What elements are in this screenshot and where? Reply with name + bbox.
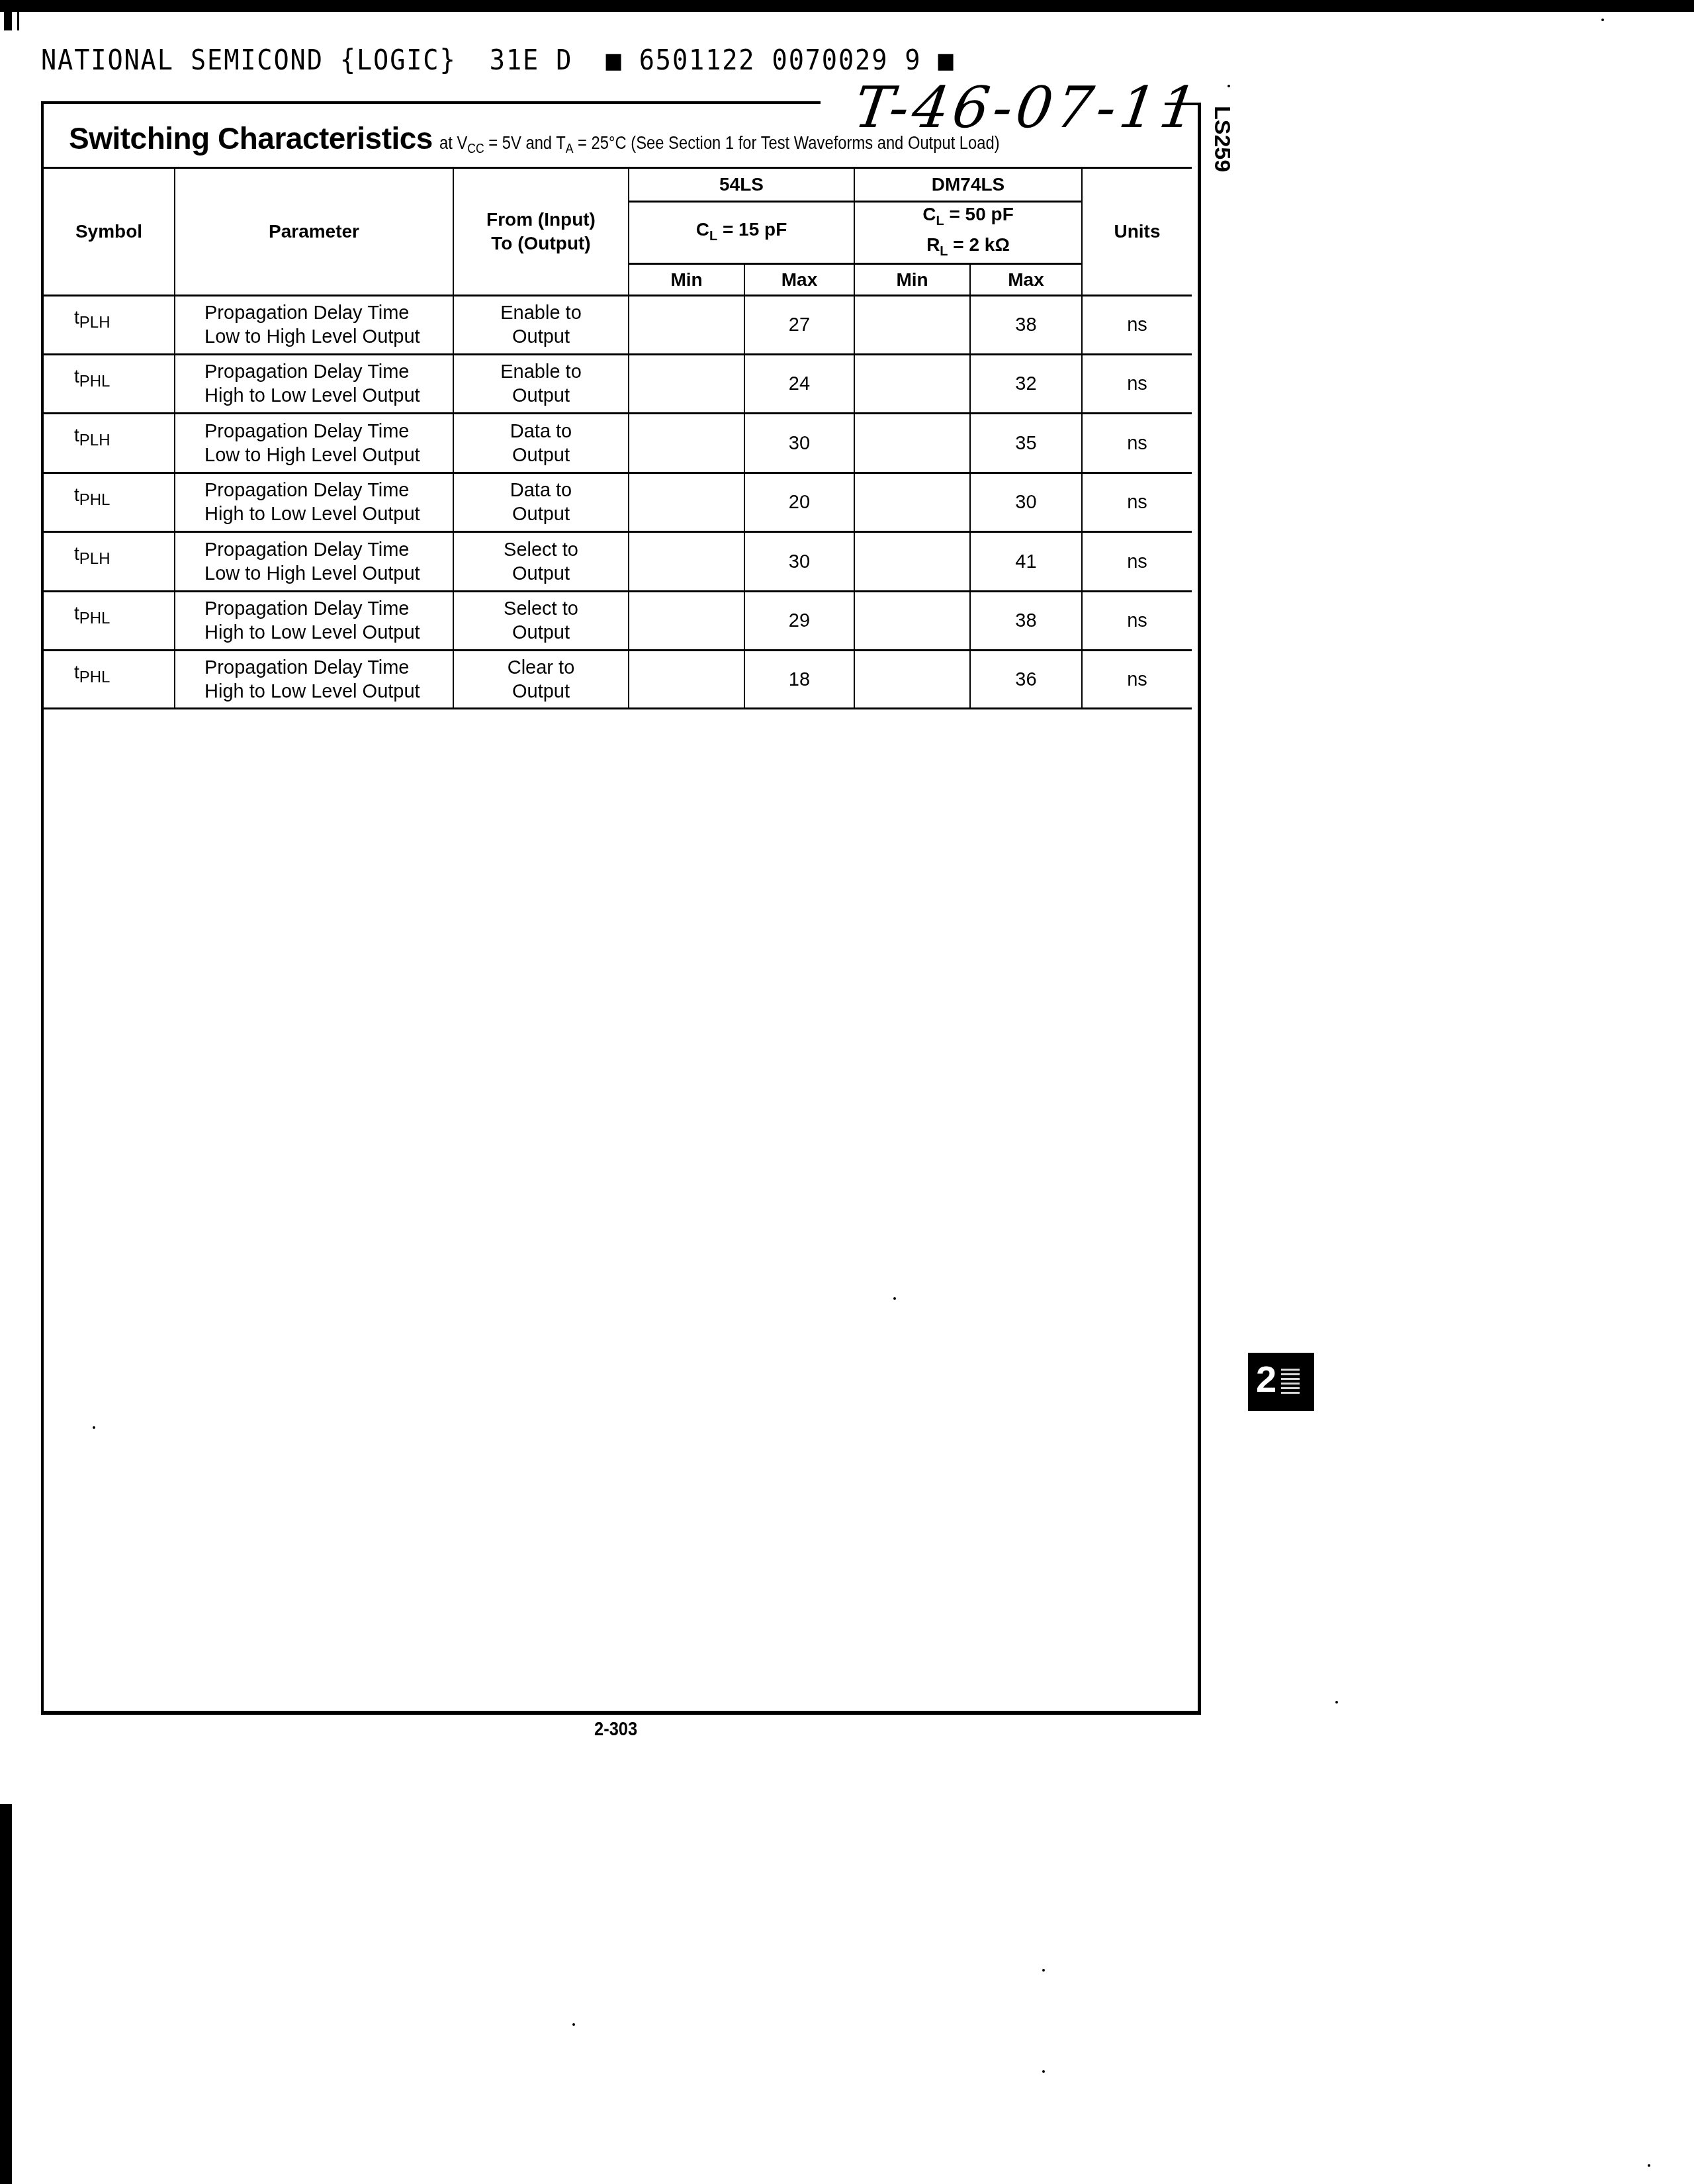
symbol-subscript: PHL (79, 373, 111, 390)
cell-from-to: Clear toOutput (453, 651, 629, 709)
side-part-label: LS259 (1208, 106, 1235, 179)
symbol-subscript: PLH (79, 550, 111, 568)
scan-speck (1601, 19, 1604, 21)
header-to: To (Output) (454, 232, 628, 255)
cell-units: ns (1082, 592, 1192, 651)
cell-parameter: Propagation Delay TimeHigh to Low Level … (175, 355, 453, 414)
from-line-2: Output (454, 443, 628, 467)
cell-dm74ls-min (854, 296, 970, 355)
parameter-line-2: High to Low Level Output (204, 384, 453, 408)
header-54ls-min: Min (629, 264, 744, 296)
cell-units: ns (1082, 414, 1192, 473)
cell-dm74ls-max: 30 (970, 473, 1082, 532)
header-units: Units (1082, 168, 1192, 296)
cond-symbol: C (696, 219, 709, 240)
cell-dm74ls-min (854, 532, 970, 592)
cell-parameter: Propagation Delay TimeLow to High Level … (175, 296, 453, 355)
symbol-t: t (74, 425, 79, 445)
cell-symbol: tPHL (44, 651, 175, 709)
cell-symbol: tPLH (44, 296, 175, 355)
header-dm74ls-min: Min (854, 264, 970, 296)
parameter-line-1: Propagation Delay Time (204, 538, 453, 562)
scan-speck (893, 1297, 896, 1300)
section-title-main: Switching Characteristics (69, 121, 433, 156)
from-line-2: Output (454, 384, 628, 408)
cond-sub: L (940, 244, 948, 258)
from-line-2: Output (454, 621, 628, 645)
cell-from-to: Data toOutput (453, 414, 629, 473)
table-body: tPLHPropagation Delay TimeLow to High Le… (44, 296, 1192, 709)
cell-from-to: Data toOutput (453, 473, 629, 532)
symbol-t: t (74, 307, 79, 328)
section-tab-number: 2 (1256, 1361, 1276, 1398)
cell-from-to: Select toOutput (453, 532, 629, 592)
parameter-line-1: Propagation Delay Time (204, 420, 453, 443)
cell-units: ns (1082, 532, 1192, 592)
cell-symbol: tPHL (44, 355, 175, 414)
parameter-line-1: Propagation Delay Time (204, 301, 453, 325)
cell-parameter: Propagation Delay TimeHigh to Low Level … (175, 473, 453, 532)
cell-54ls-max: 29 (744, 592, 854, 651)
cell-dm74ls-max: 38 (970, 592, 1082, 651)
fax-header-line: NATIONAL SEMICOND {LOGIC} 31E D ■ 650112… (41, 44, 955, 76)
cell-dm74ls-max: 35 (970, 414, 1082, 473)
symbol-subscript: PLH (79, 314, 111, 332)
cell-dm74ls-max: 36 (970, 651, 1082, 709)
from-line-2: Output (454, 502, 628, 526)
from-line-1: Select to (454, 597, 628, 621)
cell-units: ns (1082, 296, 1192, 355)
table-row: tPHLPropagation Delay TimeHigh to Low Le… (44, 592, 1192, 651)
header-group-54ls: 54LS (629, 168, 854, 202)
cond-symbol: C (922, 204, 936, 224)
cell-from-to: Enable toOutput (453, 296, 629, 355)
table-row: tPHLPropagation Delay TimeHigh to Low Le… (44, 651, 1192, 709)
frame-bottom-border (41, 1711, 1201, 1715)
scan-speck (1042, 1969, 1045, 1972)
page-number: 2-303 (594, 1718, 637, 1741)
table-row: tPLHPropagation Delay TimeLow to High Le… (44, 532, 1192, 592)
symbol-subscript: PHL (79, 668, 111, 686)
cell-dm74ls-min (854, 651, 970, 709)
symbol-t: t (74, 603, 79, 623)
scan-top-border (0, 0, 1694, 12)
cell-units: ns (1082, 473, 1192, 532)
cell-54ls-min (629, 592, 744, 651)
symbol-t: t (74, 366, 79, 387)
from-line-1: Enable to (454, 360, 628, 384)
cell-parameter: Propagation Delay TimeLow to High Level … (175, 532, 453, 592)
cell-dm74ls-max: 38 (970, 296, 1082, 355)
from-line-1: Clear to (454, 656, 628, 680)
cell-54ls-min (629, 414, 744, 473)
header-dm74ls-max: Max (970, 264, 1082, 296)
cond-value: = 15 pF (717, 219, 787, 240)
cell-units: ns (1082, 355, 1192, 414)
header-symbol: Symbol (44, 168, 175, 296)
cell-parameter: Propagation Delay TimeHigh to Low Level … (175, 592, 453, 651)
scan-corner-mark (4, 12, 12, 30)
switching-characteristics-table: Symbol Parameter From (Input) To (Output… (44, 167, 1192, 709)
cell-symbol: tPLH (44, 414, 175, 473)
cell-54ls-min (629, 532, 744, 592)
cond-text: = 25°C (See Section 1 for Test Waveforms… (574, 133, 1000, 153)
parameter-line-1: Propagation Delay Time (204, 597, 453, 621)
side-part-label-text: LS259 (1209, 106, 1235, 172)
cond-sub: L (936, 214, 944, 228)
parameter-line-2: Low to High Level Output (204, 443, 453, 467)
cond-line-rl: RL = 2 kΩ (855, 233, 1081, 263)
from-line-1: Enable to (454, 301, 628, 325)
cell-from-to: Enable toOutput (453, 355, 629, 414)
cell-54ls-max: 18 (744, 651, 854, 709)
cell-units: ns (1082, 651, 1192, 709)
from-line-2: Output (454, 325, 628, 349)
scan-speck (572, 2023, 575, 2026)
cell-54ls-max: 20 (744, 473, 854, 532)
cell-54ls-min (629, 296, 744, 355)
scan-speck (93, 1426, 95, 1429)
header-from: From (Input) (454, 208, 628, 232)
frame-right-border (1198, 103, 1201, 1714)
cond-sub: A (566, 142, 574, 156)
cell-dm74ls-min (854, 592, 970, 651)
from-line-2: Output (454, 680, 628, 704)
table-row: tPHLPropagation Delay TimeHigh to Low Le… (44, 355, 1192, 414)
header-54ls-max: Max (744, 264, 854, 296)
cell-parameter: Propagation Delay TimeLow to High Level … (175, 414, 453, 473)
symbol-t: t (74, 484, 79, 505)
parameter-line-2: Low to High Level Output (204, 325, 453, 349)
from-line-1: Data to (454, 420, 628, 443)
parameter-line-1: Propagation Delay Time (204, 656, 453, 680)
cond-line-cl: CL = 50 pF (855, 203, 1081, 233)
parameter-line-1: Propagation Delay Time (204, 360, 453, 384)
parameter-line-2: Low to High Level Output (204, 562, 453, 586)
frame-top-border (41, 101, 821, 104)
cell-symbol: tPHL (44, 473, 175, 532)
scan-corner-line (17, 12, 19, 30)
cell-dm74ls-min (854, 355, 970, 414)
cond-value: = 2 kΩ (948, 234, 1010, 255)
symbol-subscript: PLH (79, 432, 111, 449)
header-group-dm74ls: DM74LS (854, 168, 1082, 202)
symbol-subscript: PHL (79, 491, 111, 509)
parameter-line-2: High to Low Level Output (204, 621, 453, 645)
cell-dm74ls-min (854, 473, 970, 532)
parameter-line-2: High to Low Level Output (204, 502, 453, 526)
symbol-subscript: PHL (79, 610, 111, 627)
cond-sub: L (709, 228, 717, 243)
scan-speck (1042, 2070, 1045, 2073)
from-line-1: Data to (454, 478, 628, 502)
scan-left-edge (0, 1804, 12, 2184)
section-title: Switching Characteristics at VCC = 5V an… (69, 120, 1076, 157)
cond-text: = 5V and T (484, 133, 566, 153)
from-line-2: Output (454, 562, 628, 586)
from-line-1: Select to (454, 538, 628, 562)
table-row: tPLHPropagation Delay TimeLow to High Le… (44, 414, 1192, 473)
cell-54ls-max: 27 (744, 296, 854, 355)
cell-54ls-max: 24 (744, 355, 854, 414)
symbol-t: t (74, 662, 79, 682)
symbol-t: t (74, 543, 79, 564)
header-parameter: Parameter (175, 168, 453, 296)
table-row: tPLHPropagation Delay TimeLow to High Le… (44, 296, 1192, 355)
cell-symbol: tPHL (44, 592, 175, 651)
cell-54ls-min (629, 473, 744, 532)
cell-parameter: Propagation Delay TimeHigh to Low Level … (175, 651, 453, 709)
cell-dm74ls-max: 32 (970, 355, 1082, 414)
cell-54ls-max: 30 (744, 414, 854, 473)
parameter-line-2: High to Low Level Output (204, 680, 453, 704)
cond-value: = 50 pF (944, 204, 1014, 224)
cell-54ls-min (629, 651, 744, 709)
section-tab-scan-noise (1281, 1369, 1300, 1394)
cell-dm74ls-max: 41 (970, 532, 1082, 592)
scan-speck (1335, 1701, 1338, 1704)
cell-dm74ls-min (854, 414, 970, 473)
cell-54ls-min (629, 355, 744, 414)
header-cond-54ls: CL = 15 pF (629, 202, 854, 264)
cell-54ls-max: 30 (744, 532, 854, 592)
cell-symbol: tPLH (44, 532, 175, 592)
table-row: tPHLPropagation Delay TimeHigh to Low Le… (44, 473, 1192, 532)
cond-sub: CC (468, 142, 484, 156)
parameter-line-1: Propagation Delay Time (204, 478, 453, 502)
section-tab: 2 (1248, 1353, 1314, 1411)
header-from-to: From (Input) To (Output) (453, 168, 629, 296)
scan-speck (1648, 2164, 1650, 2167)
header-cond-dm74ls: CL = 50 pF RL = 2 kΩ (854, 202, 1082, 264)
cond-text: at V (439, 133, 467, 153)
scan-speck (1227, 85, 1230, 87)
cell-from-to: Select toOutput (453, 592, 629, 651)
section-title-conditions: at VCC = 5V and TA = 25°C (See Section 1… (439, 133, 1000, 157)
cond-symbol: R (926, 234, 940, 255)
